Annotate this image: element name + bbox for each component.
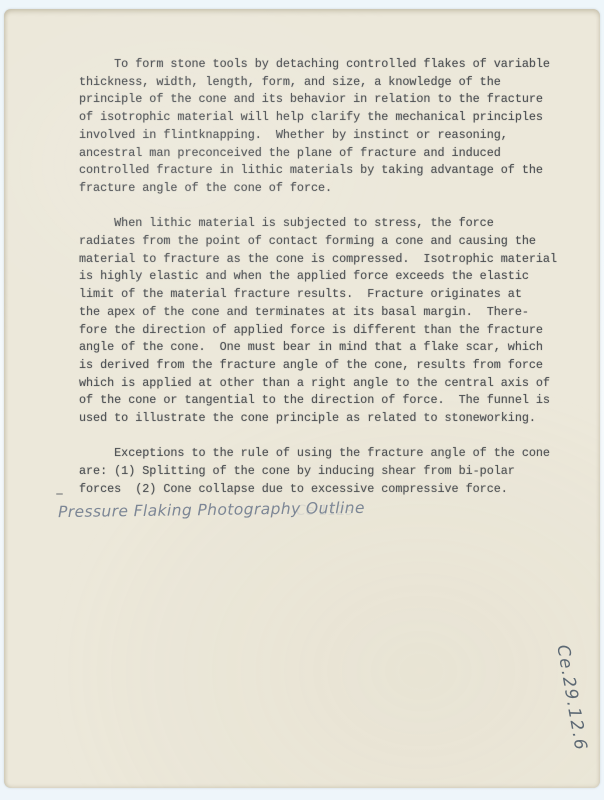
typed-text-block: To form stone tools by detaching control…: [79, 56, 569, 499]
typed-paragraph-stress-fracture: When lithic material is subjected to str…: [79, 215, 569, 427]
pencil-stray-mark: [56, 493, 63, 495]
document-page: To form stone tools by detaching control…: [4, 9, 600, 788]
faint-erased-number: Ce 1129: [296, 503, 354, 519]
typed-paragraph-exceptions: Exceptions to the rule of using the frac…: [79, 445, 569, 498]
typed-paragraph-cone-principle: To form stone tools by detaching control…: [79, 56, 569, 198]
